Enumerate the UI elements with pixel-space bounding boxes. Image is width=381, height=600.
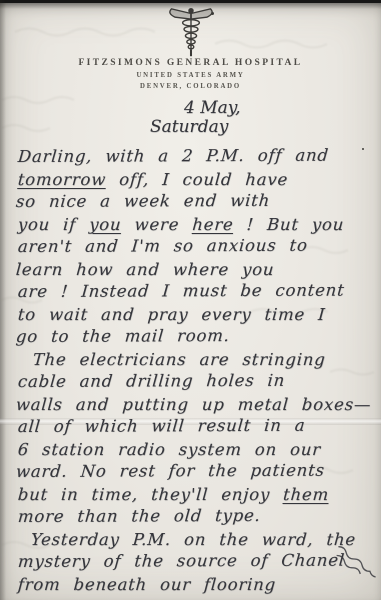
date-line-2: Saturday: [150, 118, 241, 137]
letter-line: 6 station radio system on our: [17, 439, 375, 462]
illegible-scribble-icon: [327, 546, 379, 588]
letter-line: aren't and I'm so anxious to: [17, 234, 375, 258]
letter-line: learn how and where you: [15, 259, 375, 282]
letter-line: are ! Instead I must be content: [17, 279, 375, 303]
underlined-word: tomorrow: [17, 170, 107, 189]
line-segment: Darling, with a 2 P.M. off and: [17, 146, 329, 166]
letter-line: more than the old type.: [17, 504, 375, 528]
line-segment: ward. No rest for the patients: [15, 461, 325, 481]
line-segment: to wait and pray every time I: [17, 305, 326, 324]
letter-line: to wait and pray every time I: [17, 304, 375, 327]
letterhead-hospital: FITZSIMONS GENERAL HOSPITAL: [0, 58, 381, 68]
line-segment: from beneath our flooring: [17, 575, 277, 594]
letter-line: but in time, they'll enjoy them: [17, 484, 375, 507]
line-segment: 6 station radio system on our: [17, 440, 321, 459]
line-segment: but in time, they'll enjoy: [17, 485, 284, 504]
caduceus-icon: [163, 7, 219, 59]
letter-line: from beneath our flooring: [17, 574, 375, 597]
letter-line: all of which will result in a: [17, 414, 375, 438]
scan-left-shadow: [0, 0, 6, 600]
letter-line: tomorrow off, I could have: [17, 169, 375, 192]
letter-line: Darling, with a 2 P.M. off and: [17, 144, 375, 168]
line-segment: cable and drilling holes in: [17, 371, 286, 391]
line-segment: more than the old type.: [17, 506, 261, 526]
letterhead-location: DENVER, COLORADO: [0, 83, 381, 90]
line-segment: are ! Instead I must be content: [17, 281, 345, 301]
line-segment: so nice a week end with: [15, 191, 271, 211]
line-segment: go to the mail room.: [15, 326, 230, 346]
letter-line: The electricians are stringing: [17, 349, 375, 372]
line-segment: off, I could have: [106, 170, 289, 189]
line-segment: were: [121, 215, 193, 234]
line-segment: all of which will result in a: [17, 416, 306, 436]
date-line-1: 4 May,: [184, 99, 241, 118]
letter-line: mystery of the source of Chanel: [17, 549, 375, 573]
line-segment: mystery of the source of Chanel: [17, 551, 346, 571]
letterhead-branch: UNITED STATES ARMY: [0, 72, 381, 79]
line-segment: learn how and where you: [15, 260, 275, 279]
line-segment: ! But you: [233, 215, 345, 234]
letter-line: Yesterday P.M. on the ward, the: [15, 529, 375, 552]
letter-line: ward. No rest for the patients: [15, 459, 375, 483]
letter-line: go to the mail room.: [15, 324, 375, 348]
date-block: 4 May, Saturday: [148, 99, 241, 137]
line-segment: walls and putting up metal boxes—: [15, 395, 372, 414]
underlined-word: you: [89, 215, 123, 234]
line-segment: The electricians are stringing: [32, 350, 326, 369]
letter-scan: FITZSIMONS GENERAL HOSPITAL UNITED STATE…: [0, 0, 381, 600]
letter-line: you if you were here ! But you: [17, 214, 375, 237]
letter-line: so nice a week end with: [15, 189, 375, 213]
line-segment: you if: [17, 215, 90, 234]
letter-body: Darling, with a 2 P.M. off andtomorrow o…: [17, 146, 373, 596]
letter-line: cable and drilling holes in: [17, 369, 375, 393]
underlined-word: here: [192, 215, 235, 234]
underlined-word: them: [282, 485, 329, 504]
letter-line: walls and putting up metal boxes—: [15, 394, 375, 417]
line-segment: Yesterday P.M. on the ward, the: [30, 530, 356, 549]
line-segment: aren't and I'm so anxious to: [17, 236, 308, 256]
